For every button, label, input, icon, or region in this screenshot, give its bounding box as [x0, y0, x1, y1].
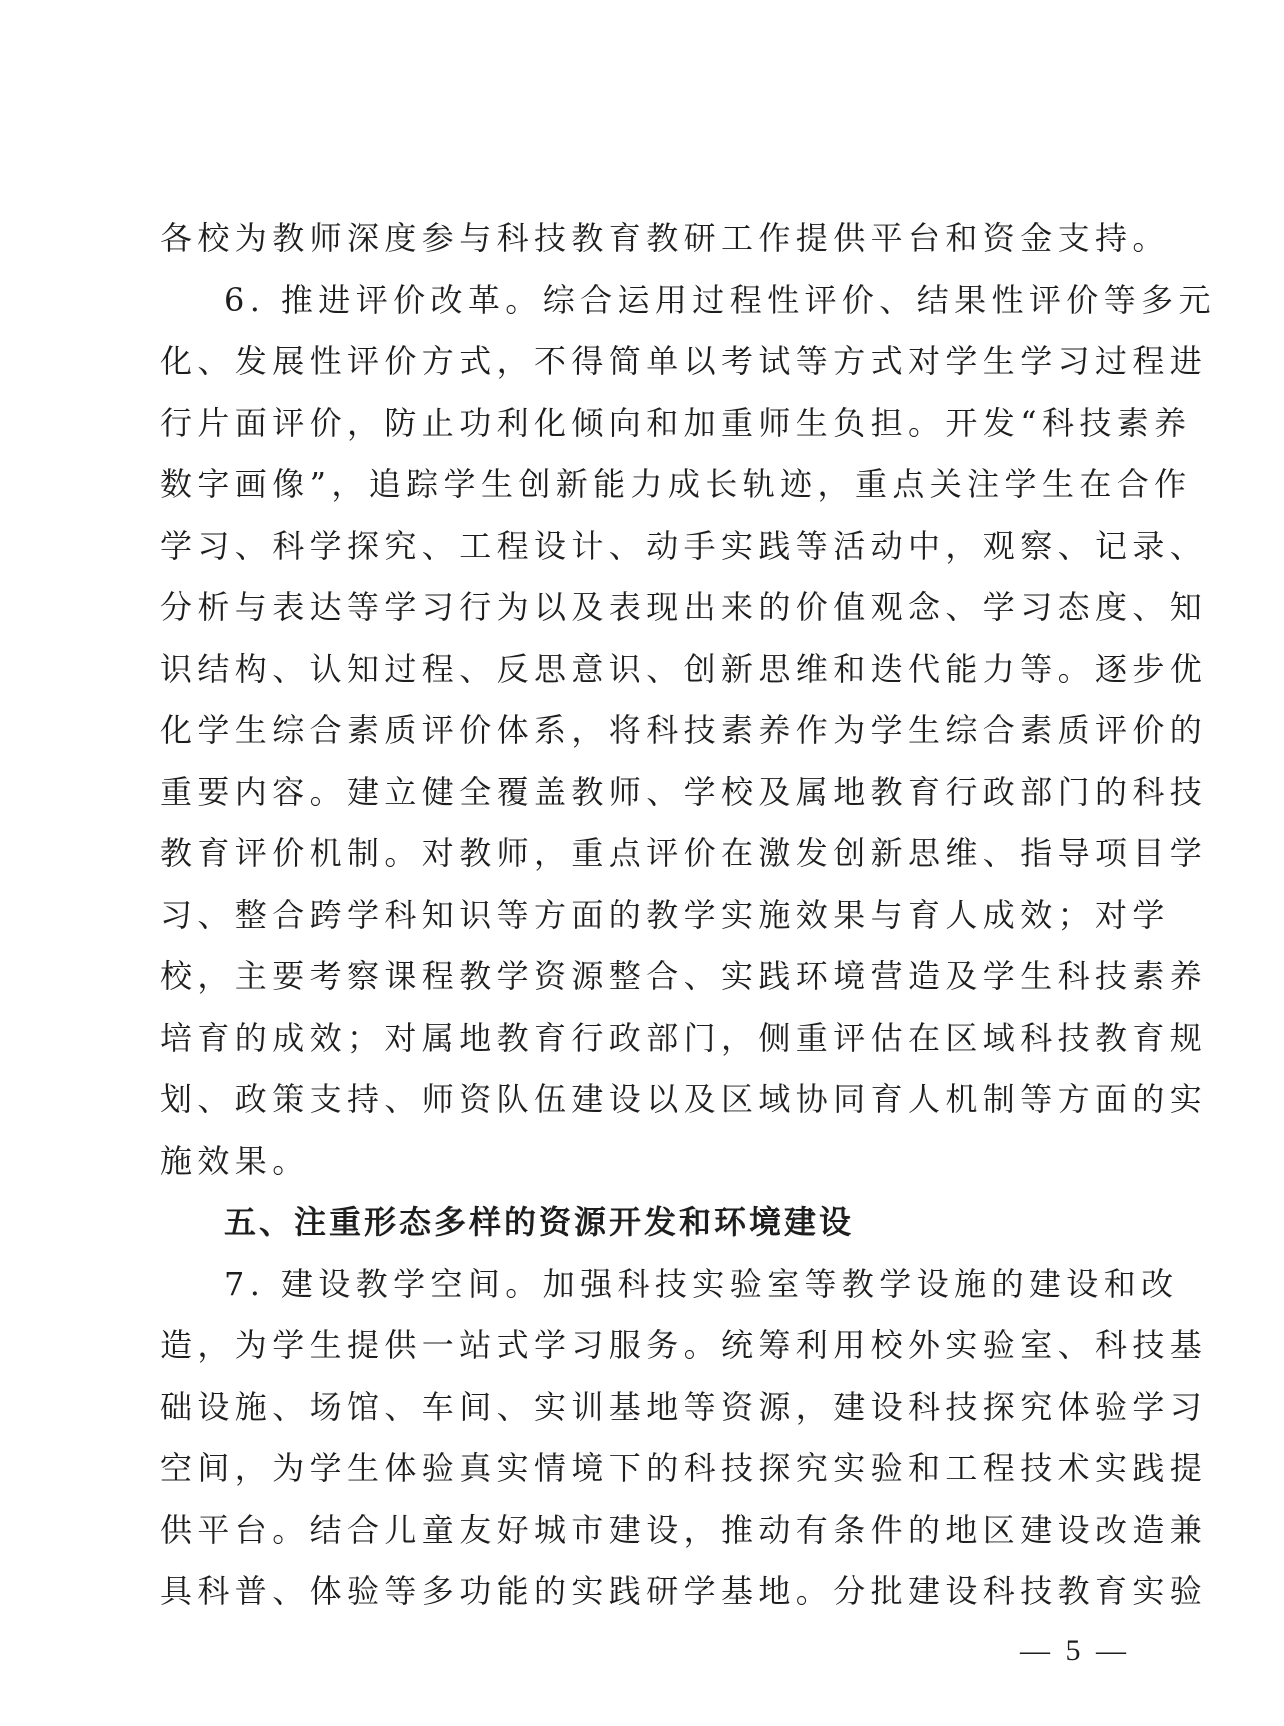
paragraph-line: 施效果。 — [160, 1131, 1128, 1193]
paragraph-line: 重要内容。建立健全覆盖教师、学校及属地教育行政部门的科技 — [160, 762, 1128, 824]
document-body: 各校为教师深度参与科技教育教研工作提供平台和资金支持。 6. 推进评价改革。综合… — [160, 208, 1128, 1623]
paragraph-line: 空间，为学生体验真实情境下的科技探究实验和工程技术实践提 — [160, 1438, 1128, 1500]
paragraph-line: 划、政策支持、师资队伍建设以及区域协同育人机制等方面的实 — [160, 1069, 1128, 1131]
paragraph-line: 校，主要考察课程教学资源整合、实践环境营造及学生科技素养 — [160, 946, 1128, 1008]
paragraph-line: 行片面评价，防止功利化倾向和加重师生负担。开发“科技素养 — [160, 393, 1128, 455]
paragraph-line: 习、整合跨学科知识等方面的教学实施效果与育人成效；对学 — [160, 885, 1128, 947]
paragraph-line: 6. 推进评价改革。综合运用过程性评价、结果性评价等多元 — [160, 270, 1128, 332]
paragraph-line: 化、发展性评价方式，不得简单以考试等方式对学生学习过程进 — [160, 331, 1128, 393]
paragraph-line: 供平台。结合儿童友好城市建设，推动有条件的地区建设改造兼 — [160, 1500, 1128, 1562]
paragraph-line: 学习、科学探究、工程设计、动手实践等活动中，观察、记录、 — [160, 516, 1128, 578]
paragraph-line: 识结构、认知过程、反思意识、创新思维和迭代能力等。逐步优 — [160, 639, 1128, 701]
paragraph-line: 分析与表达等学习行为以及表现出来的价值观念、学习态度、知 — [160, 577, 1128, 639]
paragraph-line: 教育评价机制。对教师，重点评价在激发创新思维、指导项目学 — [160, 823, 1128, 885]
paragraph-line: 础设施、场馆、车间、实训基地等资源，建设科技探究体验学习 — [160, 1377, 1128, 1439]
paragraph-line: 造，为学生提供一站式学习服务。统筹利用校外实验室、科技基 — [160, 1315, 1128, 1377]
page-number: — 5 — — [1020, 1634, 1130, 1668]
paragraph-line: 7. 建设教学空间。加强科技实验室等教学设施的建设和改 — [160, 1254, 1128, 1316]
paragraph-line: 培育的成效；对属地教育行政部门，侧重评估在区域科技教育规 — [160, 1008, 1128, 1070]
paragraph-line: 各校为教师深度参与科技教育教研工作提供平台和资金支持。 — [160, 208, 1128, 270]
section-heading: 五、注重形态多样的资源开发和环境建设 — [160, 1192, 1128, 1254]
paragraph-line: 具科普、体验等多功能的实践研学基地。分批建设科技教育实验 — [160, 1561, 1128, 1623]
document-page: 各校为教师深度参与科技教育教研工作提供平台和资金支持。 6. 推进评价改革。综合… — [0, 0, 1284, 1726]
paragraph-line: 化学生综合素质评价体系，将科技素养作为学生综合素质评价的 — [160, 700, 1128, 762]
paragraph-line: 数字画像”，追踪学生创新能力成长轨迹，重点关注学生在合作 — [160, 454, 1128, 516]
